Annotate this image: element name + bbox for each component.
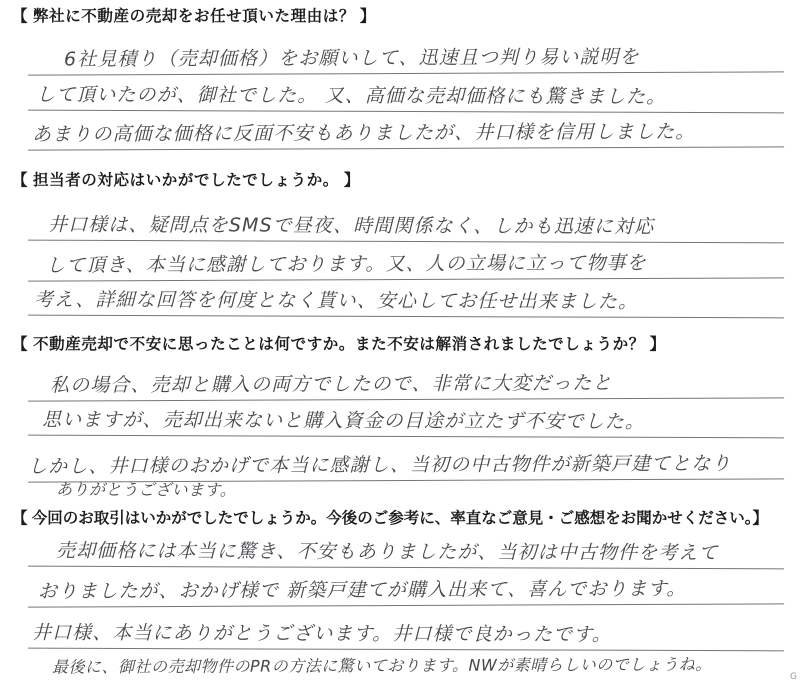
handwritten-line: 売却価格には本当に驚き、不安もありましたが、当初は中古物件を考えて <box>28 531 784 570</box>
question-concerns: 【 不動産売却で不安に思ったことは何ですか。また不安は解消されましたでしょうか？… <box>12 334 790 356</box>
corner-watermark: G <box>790 672 797 682</box>
question-reason: 【 弊社に不動産の売却をお任せ頂いた理由は？ 】 <box>12 6 790 28</box>
handwritten-line: おりましたが、おかげ様で 新築戸建てが購入出来て、喜んでおります。 <box>28 566 784 607</box>
handwritten-line: して頂いたのが、御社でした。 又、高価な売却価格にも驚きました。 <box>28 73 784 114</box>
question-overall: 【 今回のお取引はいかがでしたでしょうか。今後のご参考に、率直なご意見・ご感想を… <box>12 508 790 530</box>
handwritten-line: 井口様は、疑問点をSMSで昼夜、時間関係なく、しかも迅速に対応 <box>28 203 784 244</box>
answer-area-staff-response: 井口様は、疑問点をSMSで昼夜、時間関係なく、しかも迅速に対応 して頂き、本当に… <box>28 204 784 317</box>
handwritten-line: 井口様、本当にありがとうございます。井口様で良かったです。 <box>28 605 784 652</box>
answer-area-reason: 6社見積り（売却価格）をお願いして、迅速且つ判り易い説明を して頂いたのが、御社… <box>28 40 784 149</box>
handwritten-line: あまりの高価な価格に反面不安もありましたが、井口様を信用しました。 <box>28 110 784 150</box>
handwritten-line: ありがとうございます。 <box>28 480 784 503</box>
answer-area-concerns: 私の場合、売却と購入の両方でしたので、非常に大変だったと 思いますが、売却出来な… <box>28 364 784 501</box>
handwritten-line: 私の場合、売却と購入の両方でしたので、非常に大変だったと <box>28 362 784 401</box>
section-reason-for-choosing-us: 【 弊社に不動産の売却をお任せ頂いた理由は？ 】 6社見積り（売却価格）をお願い… <box>12 6 790 149</box>
customer-survey-scan: 【 弊社に不動産の売却をお任せ頂いた理由は？ 】 6社見積り（売却価格）をお願い… <box>0 0 800 684</box>
section-overall-impressions: 【 今回のお取引はいかがでしたでしょうか。今後のご参考に、率直なご意見・ご感想を… <box>12 508 790 680</box>
question-staff-response: 【 担当者の対応はいかがでしたでしょうか。 】 <box>12 170 790 192</box>
handwritten-line: 思いますが、売却出来ないと購入資金の目途が立たず不安でした。 <box>28 399 784 439</box>
handwritten-line: 考え、詳細な回答を何度となく貰い、安心してお任せ出来ました。 <box>28 279 784 319</box>
answer-area-overall: 売却価格には本当に驚き、不安もありましたが、当初は中古物件を考えて おりましたが… <box>28 532 784 680</box>
handwritten-line: 最後に、御社の売却物件のPRの方法に驚いております。NWが素晴らしいのでしょうね… <box>28 648 784 681</box>
section-concerns: 【 不動産売却で不安に思ったことは何ですか。また不安は解消されましたでしょうか？… <box>12 334 790 501</box>
handwritten-line: 6社見積り（売却価格）をお願いして、迅速且つ判り易い説明を <box>28 38 784 75</box>
section-staff-response: 【 担当者の対応はいかがでしたでしょうか。 】 井口様は、疑問点をSMSで昼夜、… <box>12 170 790 317</box>
handwritten-line: しかし、井口様のおかげで本当に感謝し、当初の中古物件が新築戸建てとなり <box>28 435 784 482</box>
handwritten-line: して頂き、本当に感謝しております。又、人の立場に立って物事を <box>28 240 784 281</box>
